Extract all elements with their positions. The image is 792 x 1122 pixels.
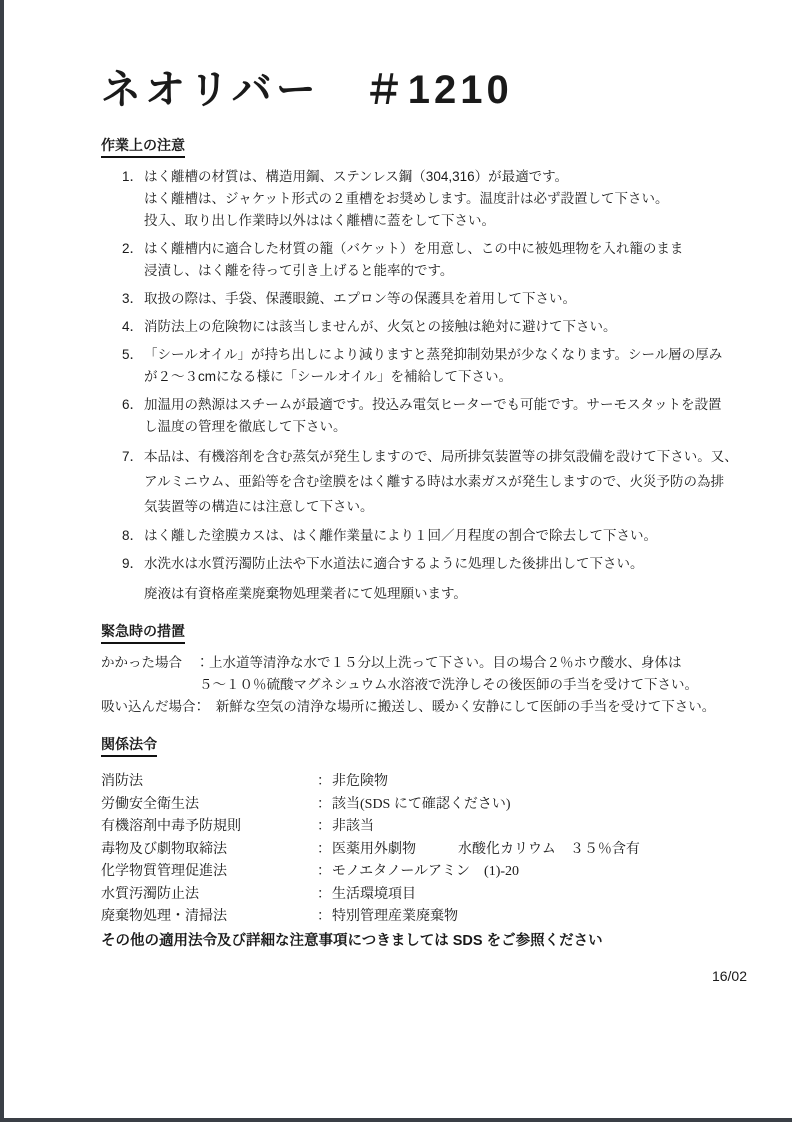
law-colon: ： xyxy=(317,771,332,794)
list-item-number: 9． xyxy=(122,553,144,575)
list-item-line: 浸漬し、はく離を待って引き上げると能率的です。 xyxy=(144,260,749,282)
list-item-number: 1． xyxy=(122,166,144,232)
list-item: 5． 「シールオイル」が持ち出しにより減りますと蒸発抑制効果が少なくなります。シ… xyxy=(122,344,749,388)
page-title: ネオリバー ＃1210 xyxy=(101,58,749,115)
list-item-number: 2． xyxy=(122,238,144,282)
list-item-line: 投入、取り出し作業時以外ははく離槽に蓋をして下さい。 xyxy=(144,210,749,232)
law-colon: ： xyxy=(317,794,332,817)
law-colon: ： xyxy=(317,861,332,884)
list-item-line: 消防法上の危険物には該当しませんが、火気との接触は絶対に避けて下さい。 xyxy=(144,316,749,338)
work-notes-list: 1． はく離槽の材質は、構造用鋼、ステンレス鋼（304,316）が最適です。 は… xyxy=(122,166,749,575)
document-content: ネオリバー ＃1210 作業上の注意 1． はく離槽の材質は、構造用鋼、ステンレ… xyxy=(101,58,749,984)
list-item-number: 8． xyxy=(122,525,144,547)
list-item-line: 取扱の際は、手袋、保護眼鏡、エプロン等の保護具を着用して下さい。 xyxy=(144,288,749,310)
law-status: 医薬用外劇物 水酸化カリウム ３５％含有 xyxy=(332,839,749,862)
list-item-line: はく離槽は、ジャケット形式の２重槽をお奨めします。温度計は必ず設置して下さい。 xyxy=(144,188,749,210)
law-name: 有機溶剤中毒予防規則 xyxy=(101,816,317,839)
law-colon: ： xyxy=(317,816,332,839)
law-name: 毒物及び劇物取締法 xyxy=(101,839,317,862)
list-item-number: 5． xyxy=(122,344,144,388)
list-item: 3． 取扱の際は、手袋、保護眼鏡、エプロン等の保護具を着用して下さい。 xyxy=(122,288,749,310)
law-status: 該当(SDS にて確認ください) xyxy=(332,794,749,817)
emergency-heading: 緊急時の措置 xyxy=(101,621,185,644)
law-row: 有機溶剤中毒予防規則 ： 非該当 xyxy=(101,816,749,839)
section-emergency: 緊急時の措置 かかった場合 ：上水道等清浄な水で１５分以上洗って下さい。目の場合… xyxy=(101,621,749,718)
list-item-line: はく離槽内に適合した材質の籠（バケット）を用意し、この中に被処理物を入れ籠のまま xyxy=(144,238,749,260)
list-item-number: 4． xyxy=(122,316,144,338)
law-colon: ： xyxy=(317,839,332,862)
emergency-line: ５～１０％硫酸マグネシュウム水溶液で洗浄しその後医師の手当を受けて下さい。 xyxy=(101,674,749,696)
list-item: 6． 加温用の熱源はスチームが最適です。投込み電気ヒーターでも可能です。サーモス… xyxy=(122,394,749,438)
list-item-line: はく離槽の材質は、構造用鋼、ステンレス鋼（304,316）が最適です。 xyxy=(144,166,749,188)
law-status: 生活環境項目 xyxy=(332,884,749,907)
list-item: 7． 本品は、有機溶剤を含む蒸気が発生しますので、局所排気装置等の排気設備を設け… xyxy=(122,444,749,519)
list-item-line: アルミニウム、亜鉛等を含む塗膜をはく離する時は水素ガスが発生しますので、火災予防… xyxy=(144,469,749,494)
list-item-line: 加温用の熱源はスチームが最適です。投込み電気ヒーターでも可能です。サーモスタット… xyxy=(144,394,749,416)
law-row: 化学物質管理促進法 ： モノエタノールアミン (1)-20 xyxy=(101,861,749,884)
law-status: 特別管理産業廃棄物 xyxy=(332,906,749,929)
law-name: 労働安全衛生法 xyxy=(101,794,317,817)
emergency-line: 吸い込んだ場合： 新鮮な空気の清浄な場所に搬送し、暖かく安静にして医師の手当を受… xyxy=(101,696,749,718)
law-colon: ： xyxy=(317,884,332,907)
list-item: 8． はく離した塗膜カスは、はく離作業量により１回／月程度の割合で除去して下さい… xyxy=(122,525,749,547)
document-page: ネオリバー ＃1210 作業上の注意 1． はく離槽の材質は、構造用鋼、ステンレ… xyxy=(0,0,792,1122)
law-status: 非該当 xyxy=(332,816,749,839)
law-row: 廃棄物処理・清掃法 ： 特別管理産業廃棄物 xyxy=(101,906,749,929)
law-row: 毒物及び劇物取締法 ： 医薬用外劇物 水酸化カリウム ３５％含有 xyxy=(101,839,749,862)
list-item-line: し温度の管理を徹底して下さい。 xyxy=(144,416,749,438)
work-notes-heading: 作業上の注意 xyxy=(101,135,185,158)
list-item: 2． はく離槽内に適合した材質の籠（バケット）を用意し、この中に被処理物を入れ籠… xyxy=(122,238,749,282)
laws-heading: 関係法令 xyxy=(101,734,157,757)
law-status: 非危険物 xyxy=(332,771,749,794)
list-item-line: はく離した塗膜カスは、はく離作業量により１回／月程度の割合で除去して下さい。 xyxy=(144,525,749,547)
law-row: 水質汚濁防止法 ： 生活環境項目 xyxy=(101,884,749,907)
list-item: 4． 消防法上の危険物には該当しませんが、火気との接触は絶対に避けて下さい。 xyxy=(122,316,749,338)
section-work-notes: 作業上の注意 1． はく離槽の材質は、構造用鋼、ステンレス鋼（304,316）が… xyxy=(101,135,749,605)
list-item-number: 3． xyxy=(122,288,144,310)
list-item-line: 本品は、有機溶剤を含む蒸気が発生しますので、局所排気装置等の排気設備を設けて下さ… xyxy=(144,444,749,469)
list-item: 9． 水洗水は水質汚濁防止法や下水道法に適合するように処理した後排出して下さい。 xyxy=(122,553,749,575)
emergency-line: かかった場合 ：上水道等清浄な水で１５分以上洗って下さい。目の場合２％ホウ酸水、… xyxy=(101,652,749,674)
law-name: 廃棄物処理・清掃法 xyxy=(101,906,317,929)
list-item-line: 水洗水は水質汚濁防止法や下水道法に適合するように処理した後排出して下さい。 xyxy=(144,553,749,575)
list-item-number: 7． xyxy=(122,444,144,519)
list-item-line: が２～３cmになる様に「シールオイル」を補給して下さい。 xyxy=(144,366,749,388)
list-item: 1． はく離槽の材質は、構造用鋼、ステンレス鋼（304,316）が最適です。 は… xyxy=(122,166,749,232)
law-row: 労働安全衛生法 ： 該当(SDS にて確認ください) xyxy=(101,794,749,817)
section-laws: 関係法令 消防法 ： 非危険物 労働安全衛生法 ： 該当(SDS にて確認くださ… xyxy=(101,734,749,952)
law-status: モノエタノールアミン (1)-20 xyxy=(332,861,749,884)
list-item-number: 6． xyxy=(122,394,144,438)
sds-reference-note: その他の適用法令及び詳細な注意事項につきましては SDS をご参照ください xyxy=(101,930,749,952)
laws-table: 消防法 ： 非危険物 労働安全衛生法 ： 該当(SDS にて確認ください) 有機… xyxy=(101,771,749,929)
waste-liquid-note: 廃液は有資格産業廃棄物処理業者にて処理願います。 xyxy=(144,583,749,605)
law-name: 消防法 xyxy=(101,771,317,794)
law-colon: ： xyxy=(317,906,332,929)
law-name: 水質汚濁防止法 xyxy=(101,884,317,907)
law-name: 化学物質管理促進法 xyxy=(101,861,317,884)
list-item-line: 「シールオイル」が持ち出しにより減りますと蒸発抑制効果が少なくなります。シール層… xyxy=(144,344,749,366)
law-row: 消防法 ： 非危険物 xyxy=(101,771,749,794)
list-item-line: 気装置等の構造には注意して下さい。 xyxy=(144,494,749,519)
page-number: 16/02 xyxy=(101,968,749,984)
